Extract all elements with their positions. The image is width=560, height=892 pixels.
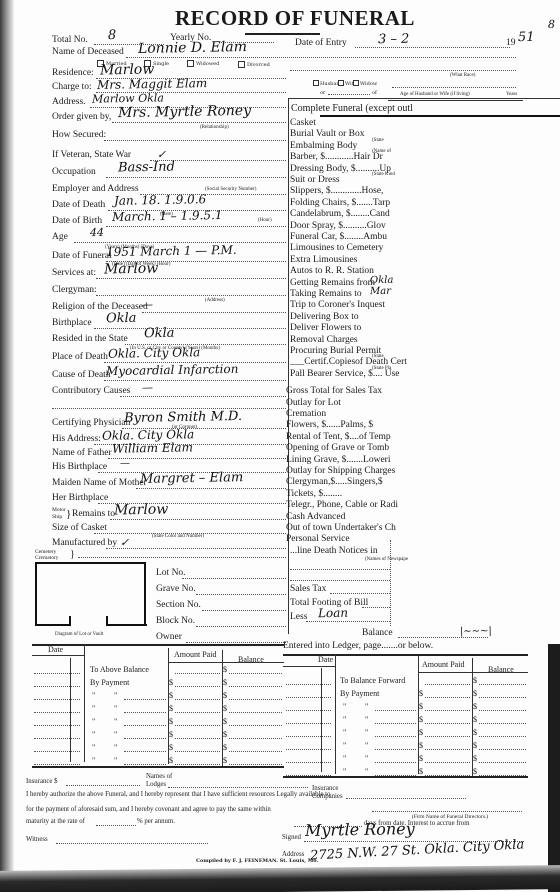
amount-currency: $ xyxy=(419,767,423,776)
ledger-right-date-header: Date xyxy=(318,655,333,664)
authorize-text: I hereby authorize the above Funeral, an… xyxy=(26,791,330,798)
ledger-left-date-header: Date xyxy=(48,645,63,654)
ledger-date-cell[interactable] xyxy=(286,736,331,737)
amount-currency: $ xyxy=(419,741,423,750)
year-suffix[interactable]: 51 xyxy=(518,30,535,45)
ledger-date-cell[interactable] xyxy=(286,762,331,763)
checkbox-single-label: Single xyxy=(153,61,169,67)
ledger-desc-cell[interactable] xyxy=(124,764,166,765)
ditto-mark: " xyxy=(114,704,117,713)
name-of-deceased-value[interactable]: Lonnie D. Elam xyxy=(138,39,247,57)
charges-heading-rule xyxy=(320,115,560,117)
ditto-mark: " xyxy=(343,715,346,724)
date-of-death-value[interactable]: Jan. 18. 1.9.0.6 xyxy=(114,192,206,208)
ledger-right-subheader-rule xyxy=(418,672,528,673)
ledger-date-cell[interactable] xyxy=(34,686,80,687)
less-line xyxy=(306,621,390,622)
place-of-death-value[interactable]: Okla. City Okla xyxy=(108,345,201,361)
address-footer-label: Address xyxy=(282,851,304,858)
ledger-amount-cell[interactable] xyxy=(175,764,220,765)
amount-currency: $ xyxy=(169,704,173,713)
firm-line xyxy=(372,811,522,812)
balance-line xyxy=(398,637,488,638)
ledger-date-cell[interactable] xyxy=(34,764,80,765)
charge-item-hint: (State Kind xyxy=(372,172,395,177)
balance-currency: $ xyxy=(473,754,477,763)
amount-currency: $ xyxy=(169,691,173,700)
name-line xyxy=(126,57,516,58)
maiden-name-line xyxy=(136,488,286,489)
ledger-amount-cell[interactable] xyxy=(425,697,470,698)
ledger-date-cell[interactable] xyxy=(286,749,331,750)
maiden-name-value[interactable]: Margret – Elam xyxy=(140,470,243,487)
owner-line xyxy=(186,642,286,643)
document-title: RECORD OF FUNERAL xyxy=(175,6,415,31)
certifying-physician-label: Certifying Physician xyxy=(52,418,130,428)
ship-label: Ship xyxy=(52,514,62,520)
ledger-balance-cell[interactable] xyxy=(479,710,526,711)
sales-tax-line xyxy=(330,593,390,594)
how-secured-line xyxy=(104,140,286,141)
ditto-mark: " xyxy=(114,717,117,726)
cemetery-brace: } xyxy=(70,549,75,560)
funeral-record-page: RECORD OF FUNERAL 8 Total No. 8 Yearly N… xyxy=(0,0,560,892)
ledger-amount-cell[interactable] xyxy=(175,725,220,726)
ledger-balance-cell[interactable] xyxy=(229,725,282,726)
block-no-label: Block No. xyxy=(156,616,195,626)
address-hint: (Address) xyxy=(205,298,225,303)
services-at-value[interactable]: Marlow xyxy=(104,261,159,278)
cause-of-death-label: Cause of Death xyxy=(52,370,111,380)
charge-item-hint: (State xyxy=(372,138,384,143)
ledger-date-cell[interactable] xyxy=(286,697,331,698)
checkbox-divorced-label: Divorced xyxy=(247,62,270,68)
ledger-left-date-rule xyxy=(32,655,84,656)
ditto-mark: " xyxy=(365,702,368,711)
ledger-right-amount-header: Amount Paid xyxy=(422,660,464,669)
order-given-by-label: Order given by, xyxy=(52,112,111,122)
amount-currency: $ xyxy=(419,754,423,763)
diagram-leg-left xyxy=(69,616,71,626)
manufactured-by-label: Manufactured by xyxy=(52,538,117,548)
residence-label: Residence: xyxy=(52,68,94,78)
notices-line-3 xyxy=(290,580,390,581)
balance-currency: $ xyxy=(223,665,227,674)
ledger-bottom-rule-left xyxy=(32,766,284,768)
brace: } xyxy=(66,508,71,520)
what-race-hint: (What Race) xyxy=(450,73,475,78)
date-of-entry-value[interactable]: 3 – 2 xyxy=(378,32,410,48)
ditto-mark: " xyxy=(92,717,95,726)
ditto-mark: " xyxy=(343,702,346,711)
ledger-amount-cell[interactable] xyxy=(175,738,220,739)
ledger-amount-cell[interactable] xyxy=(175,712,220,713)
amount-currency: $ xyxy=(419,689,423,698)
ledger-amount-cell[interactable] xyxy=(425,736,470,737)
his-birthplace-value[interactable]: — xyxy=(120,458,130,469)
ledger-balance-cell[interactable] xyxy=(229,699,282,700)
ditto-mark: " xyxy=(365,741,368,750)
amount-currency: $ xyxy=(419,702,423,711)
crematory-label: Crematory xyxy=(35,555,59,561)
remains-to-value[interactable]: Marlow xyxy=(114,502,169,519)
ledger-date-cell[interactable] xyxy=(34,712,80,713)
order-given-by-value[interactable]: Mrs. Myrtle Roney xyxy=(118,103,251,121)
date-of-entry-label: Date of Entry xyxy=(295,38,347,48)
ledger-left-subheader-rule xyxy=(168,662,284,663)
ledger-desc-cell[interactable] xyxy=(124,699,166,700)
grave-no-label: Grave No. xyxy=(156,584,196,594)
checkbox-widow[interactable] xyxy=(353,80,359,86)
services-at-line xyxy=(96,278,286,279)
checkbox-widowed[interactable] xyxy=(187,60,194,67)
balance-currency: $ xyxy=(473,767,477,776)
ledger-amount-cell[interactable] xyxy=(425,749,470,750)
amount-currency: $ xyxy=(419,728,423,737)
year-prefix: 19 xyxy=(506,38,516,48)
balance-currency: $ xyxy=(473,741,477,750)
ledger-desc-cell[interactable] xyxy=(375,723,416,724)
charge-to-label: Charge to: xyxy=(52,82,92,92)
ditto-mark: " xyxy=(92,704,95,713)
his-address-label: His Address: xyxy=(52,434,101,444)
charge-item-value[interactable]: Mar xyxy=(370,286,391,297)
date-of-birth-line xyxy=(106,226,286,227)
ditto-mark: " xyxy=(343,767,346,776)
date-of-death-label: Date of Death xyxy=(52,200,105,210)
ledger-balance-cell[interactable] xyxy=(229,764,282,765)
ledger-date-cell[interactable] xyxy=(34,725,80,726)
charge-item-hint: (State xyxy=(372,354,384,359)
motor-label: Motor xyxy=(52,507,66,513)
services-at-label: Services at: xyxy=(52,268,96,278)
balance-currency: $ xyxy=(473,715,477,724)
ditto-mark: " xyxy=(92,756,95,765)
ledger-desc-cell[interactable] xyxy=(124,712,166,713)
amount-currency: $ xyxy=(169,730,173,739)
residence-value[interactable]: Marlow xyxy=(100,62,155,79)
ledger-desc-cell[interactable] xyxy=(375,762,416,763)
grave-no-line xyxy=(196,594,286,595)
maiden-name-label: Maiden Name of Mother xyxy=(52,478,147,488)
checkbox-widowed-label: Widowed xyxy=(196,61,219,67)
veteran-label: If Veteran, State War xyxy=(52,150,131,160)
charge-item-hint: (Name of xyxy=(372,149,391,154)
how-secured-label: How Secured: xyxy=(52,130,106,140)
ledger-bottom-rule-right xyxy=(283,776,528,778)
size-of-casket-label: Size of Casket xyxy=(52,523,107,533)
ditto-mark: " xyxy=(92,691,95,700)
balance-currency: $ xyxy=(473,689,477,698)
social-security-hint: (Social Security Number) xyxy=(205,187,256,192)
maturity-text: maturity at the rate of xyxy=(26,818,85,825)
checkbox-divorced[interactable] xyxy=(238,61,245,68)
birthplace-label: Birthplace xyxy=(52,318,92,328)
age-label: Age xyxy=(52,232,68,242)
ledger-left-first-row: To Above Balance xyxy=(90,665,149,674)
ledger-desc-cell[interactable] xyxy=(124,751,166,752)
ditto-mark: " xyxy=(365,715,368,724)
sales-tax-label: Sales Tax xyxy=(290,584,326,594)
ledger-balance-cell[interactable] xyxy=(229,712,282,713)
contributory-causes-label: Contributory Causes xyxy=(52,386,130,396)
remains-to-label: Remains to xyxy=(72,509,115,519)
race-line xyxy=(290,70,516,71)
name-of-father-value[interactable]: William Elam xyxy=(112,440,193,455)
name-of-deceased-label: Name of Deceased xyxy=(52,47,124,57)
charges-heading: Complete Funeral (except outl xyxy=(291,103,413,114)
ledger-balance-cell[interactable] xyxy=(479,723,526,724)
lot-no-label: Lot No. xyxy=(156,568,186,578)
ledger-right-first-row: To Balance Forward xyxy=(340,676,405,685)
checkbox-widow-label: Widow xyxy=(360,81,377,87)
spouse-line xyxy=(392,87,516,88)
compiled-by: Compiled by F. J. FEINEMAN. St. Louis, M… xyxy=(196,858,318,864)
balance-label: Balance xyxy=(362,628,393,638)
ditto-mark: " xyxy=(92,730,95,739)
amount-currency: $ xyxy=(169,756,173,765)
balance-mark[interactable]: |~~~| xyxy=(460,626,492,638)
ledger-balance-cell[interactable] xyxy=(479,749,526,750)
ledger-balance-cell[interactable] xyxy=(229,751,282,752)
contributory-line xyxy=(120,396,286,397)
certifying-physician-value[interactable]: Byron Smith M.D. xyxy=(124,409,242,426)
diagram-foot-left xyxy=(35,624,71,626)
occupation-label: Occupation xyxy=(52,167,96,177)
birthplace-line xyxy=(94,328,286,329)
less-value[interactable]: Loan xyxy=(318,606,348,621)
hour-hint: (Hour) xyxy=(258,218,272,223)
contributory-line-2 xyxy=(52,408,286,409)
resided-in-state-label: Resided in the State xyxy=(52,334,128,344)
balance-currency: $ xyxy=(223,717,227,726)
amount-currency: $ xyxy=(169,743,173,752)
charge-item-value[interactable]: Okla xyxy=(370,274,394,285)
order-given-by-line xyxy=(112,122,286,123)
lot-diagram-box xyxy=(35,562,146,625)
relationship-hint: (Relationship) xyxy=(200,125,229,130)
block-no-line xyxy=(196,626,286,627)
ledger-balance-cell[interactable] xyxy=(479,736,526,737)
age-of-spouse-hint: Age of Husband or Wife (if living) xyxy=(400,92,470,97)
ditto-mark: " xyxy=(343,754,346,763)
owner-label: Owner xyxy=(156,632,182,642)
ditto-mark: " xyxy=(114,756,117,765)
father-line xyxy=(108,458,286,459)
ledger-left-amount-header: Amount Paid xyxy=(174,650,216,659)
ledger-date-cell[interactable] xyxy=(34,673,80,674)
religion-line xyxy=(142,312,286,313)
ledger-balance-cell[interactable] xyxy=(479,684,526,685)
less-label: Less xyxy=(290,612,307,622)
ledger-amount-cell[interactable] xyxy=(425,762,470,763)
ledger-amount-cell[interactable] xyxy=(425,684,470,685)
birthplace-value[interactable]: Okla xyxy=(106,311,137,327)
spouse-or-line xyxy=(328,94,370,95)
ledger-date-cell[interactable] xyxy=(34,738,80,739)
ledger-date-cell[interactable] xyxy=(34,751,80,752)
spouse-or-label: or xyxy=(320,90,325,96)
lodges-label-2: Lodges xyxy=(146,781,166,788)
ditto-mark: " xyxy=(343,728,346,737)
years-hint: Years xyxy=(506,92,517,97)
name-of-father-label: Name of Father xyxy=(52,448,112,458)
remains-to-line xyxy=(110,519,286,520)
death-notices-label: ...line Death Notices in xyxy=(290,546,378,556)
cemetery-line xyxy=(78,557,286,558)
scan-right-edge xyxy=(548,644,560,892)
her-birthplace-label: Her Birthplace xyxy=(52,493,108,503)
date-of-birth-label: Date of Birth xyxy=(52,216,102,226)
total-no-value[interactable]: 8 xyxy=(108,28,117,43)
employer-label: Employer and Address xyxy=(52,184,139,194)
ledger-desc-cell[interactable] xyxy=(375,710,416,711)
manufactured-by-value[interactable]: ✓ xyxy=(120,536,129,549)
charge-to-value[interactable]: Mrs. Maggit Elam xyxy=(97,76,207,92)
ditto-mark: " xyxy=(114,730,117,739)
scan-binding-edge xyxy=(0,0,14,892)
date-of-funeral-label: Date of Funeral xyxy=(52,251,112,261)
resided-in-state-value[interactable]: Okla xyxy=(144,326,175,342)
ledger-right-second-row: By Payment xyxy=(340,689,379,698)
amount-currency: $ xyxy=(169,717,173,726)
ledger-amount-cell[interactable] xyxy=(175,699,220,700)
cause-of-death-value[interactable]: Myocardial Infarction xyxy=(106,362,239,378)
ledger-amount-cell[interactable] xyxy=(175,686,220,687)
total-footing-line xyxy=(362,607,390,608)
ledger-amount-cell[interactable] xyxy=(425,710,470,711)
ledger-date-cell[interactable] xyxy=(286,723,331,724)
checkbox-wife[interactable] xyxy=(338,80,344,86)
diagram-caption: Diagram of Lot or Vault xyxy=(55,632,103,637)
address-value[interactable]: Marlow Okla xyxy=(92,91,164,105)
ditto-mark: " xyxy=(114,691,117,700)
address-label: Address. xyxy=(52,97,86,107)
lot-no-line xyxy=(182,578,286,579)
occupation-value[interactable]: Bass-Ind xyxy=(118,160,175,176)
ledger-date-cell[interactable] xyxy=(286,710,331,711)
ledger-desc-cell[interactable] xyxy=(375,736,416,737)
ledger-top-rule-left xyxy=(32,644,284,646)
ledger-date-cell[interactable] xyxy=(286,684,331,685)
section-no-label: Section No. xyxy=(156,600,201,610)
clergyman-label: Clergyman: xyxy=(52,285,97,295)
ledger-balance-cell[interactable] xyxy=(229,686,282,687)
witness-label: Witness xyxy=(26,836,48,843)
balance-currency: $ xyxy=(473,702,477,711)
spouse-of-label: of xyxy=(372,90,377,96)
notices-line-2 xyxy=(290,569,390,570)
balance-currency: $ xyxy=(223,743,227,752)
balance-currency: $ xyxy=(223,704,227,713)
scan-bottom-edge xyxy=(0,865,560,892)
ledger-right-col-1 xyxy=(335,654,336,774)
cause-of-death-line xyxy=(104,380,286,381)
insurance-label: Insurance $ xyxy=(26,778,58,785)
ditto-mark: " xyxy=(114,743,117,752)
ledger-balance-cell[interactable] xyxy=(229,673,282,674)
ledger-desc-cell[interactable] xyxy=(124,738,166,739)
ledger-right-date-rule xyxy=(283,666,335,667)
ledger-amount-cell[interactable] xyxy=(425,723,470,724)
ledger-balance-cell[interactable] xyxy=(479,697,526,698)
ditto-mark: " xyxy=(365,754,368,763)
total-no-label: Total No. xyxy=(52,35,88,45)
ledger-amount-cell[interactable] xyxy=(175,673,220,674)
balance-currency: $ xyxy=(473,676,477,685)
payment-text: for the payment of aforesaid sum, and I … xyxy=(26,806,271,813)
witness-line xyxy=(56,843,208,844)
balance-currency: $ xyxy=(223,756,227,765)
date-of-funeral-value[interactable]: 1951 March 1 — P.M. xyxy=(106,243,237,259)
diagram-foot-right xyxy=(106,624,147,626)
insurance-line xyxy=(66,785,140,786)
ledger-amount-cell[interactable] xyxy=(175,751,220,752)
insurance-companies-line xyxy=(346,798,466,799)
balance-currency: $ xyxy=(223,678,227,687)
balance-currency: $ xyxy=(223,730,227,739)
contributory-causes-value[interactable]: — xyxy=(142,381,153,394)
corner-mark: 8 xyxy=(548,18,555,31)
diagram-leg-right xyxy=(106,616,108,626)
date-of-birth-value[interactable]: March. 1 – 1.9.5.1 xyxy=(112,208,223,224)
newspaper-hint: (Names of Newspape xyxy=(365,557,408,562)
age-value[interactable]: 44 xyxy=(90,226,104,239)
title-underline xyxy=(245,33,320,35)
balance-currency: $ xyxy=(473,728,477,737)
signature-value[interactable]: Myrtle Roney xyxy=(305,819,415,840)
per-annum-text: % per annum. xyxy=(137,818,175,825)
ditto-mark: " xyxy=(92,743,95,752)
ledger-balance-cell[interactable] xyxy=(229,738,282,739)
occupation-line xyxy=(106,177,286,178)
charges-divider xyxy=(390,540,391,626)
ledger-left-second-row: By Payment xyxy=(90,678,129,687)
place-of-death-label: Place of Death xyxy=(52,352,108,362)
casket-color-hint: (State Color and Number) xyxy=(152,534,204,539)
resided-line xyxy=(125,344,286,345)
religion-value[interactable]: — xyxy=(142,298,153,311)
lodges-line xyxy=(168,787,308,788)
lodges-label-1: Names of xyxy=(146,773,172,780)
amount-currency: $ xyxy=(169,678,173,687)
rate-line xyxy=(96,825,136,826)
balance-currency: $ xyxy=(223,691,227,700)
charge-item-hint: (State Pla xyxy=(372,366,391,371)
ledger-date-cell[interactable] xyxy=(34,699,80,700)
ledger-balance-cell[interactable] xyxy=(479,762,526,763)
signed-label: Signed xyxy=(282,834,301,841)
ditto-mark: " xyxy=(365,767,368,776)
his-birthplace-label: His Birthplace xyxy=(52,462,107,472)
manufactured-line xyxy=(106,548,286,549)
ditto-mark: " xyxy=(343,741,346,750)
amount-currency: $ xyxy=(419,715,423,724)
ditto-mark: " xyxy=(365,728,368,737)
clergyman-line xyxy=(96,295,286,296)
ledger-desc-cell[interactable] xyxy=(375,749,416,750)
ledger-left-col-1 xyxy=(84,644,85,762)
ledger-desc-cell[interactable] xyxy=(124,725,166,726)
ledger-entry-label: Entered into Ledger, page.......or below… xyxy=(283,641,433,651)
checkbox-husband[interactable] xyxy=(313,80,319,86)
section-no-line xyxy=(202,610,286,611)
